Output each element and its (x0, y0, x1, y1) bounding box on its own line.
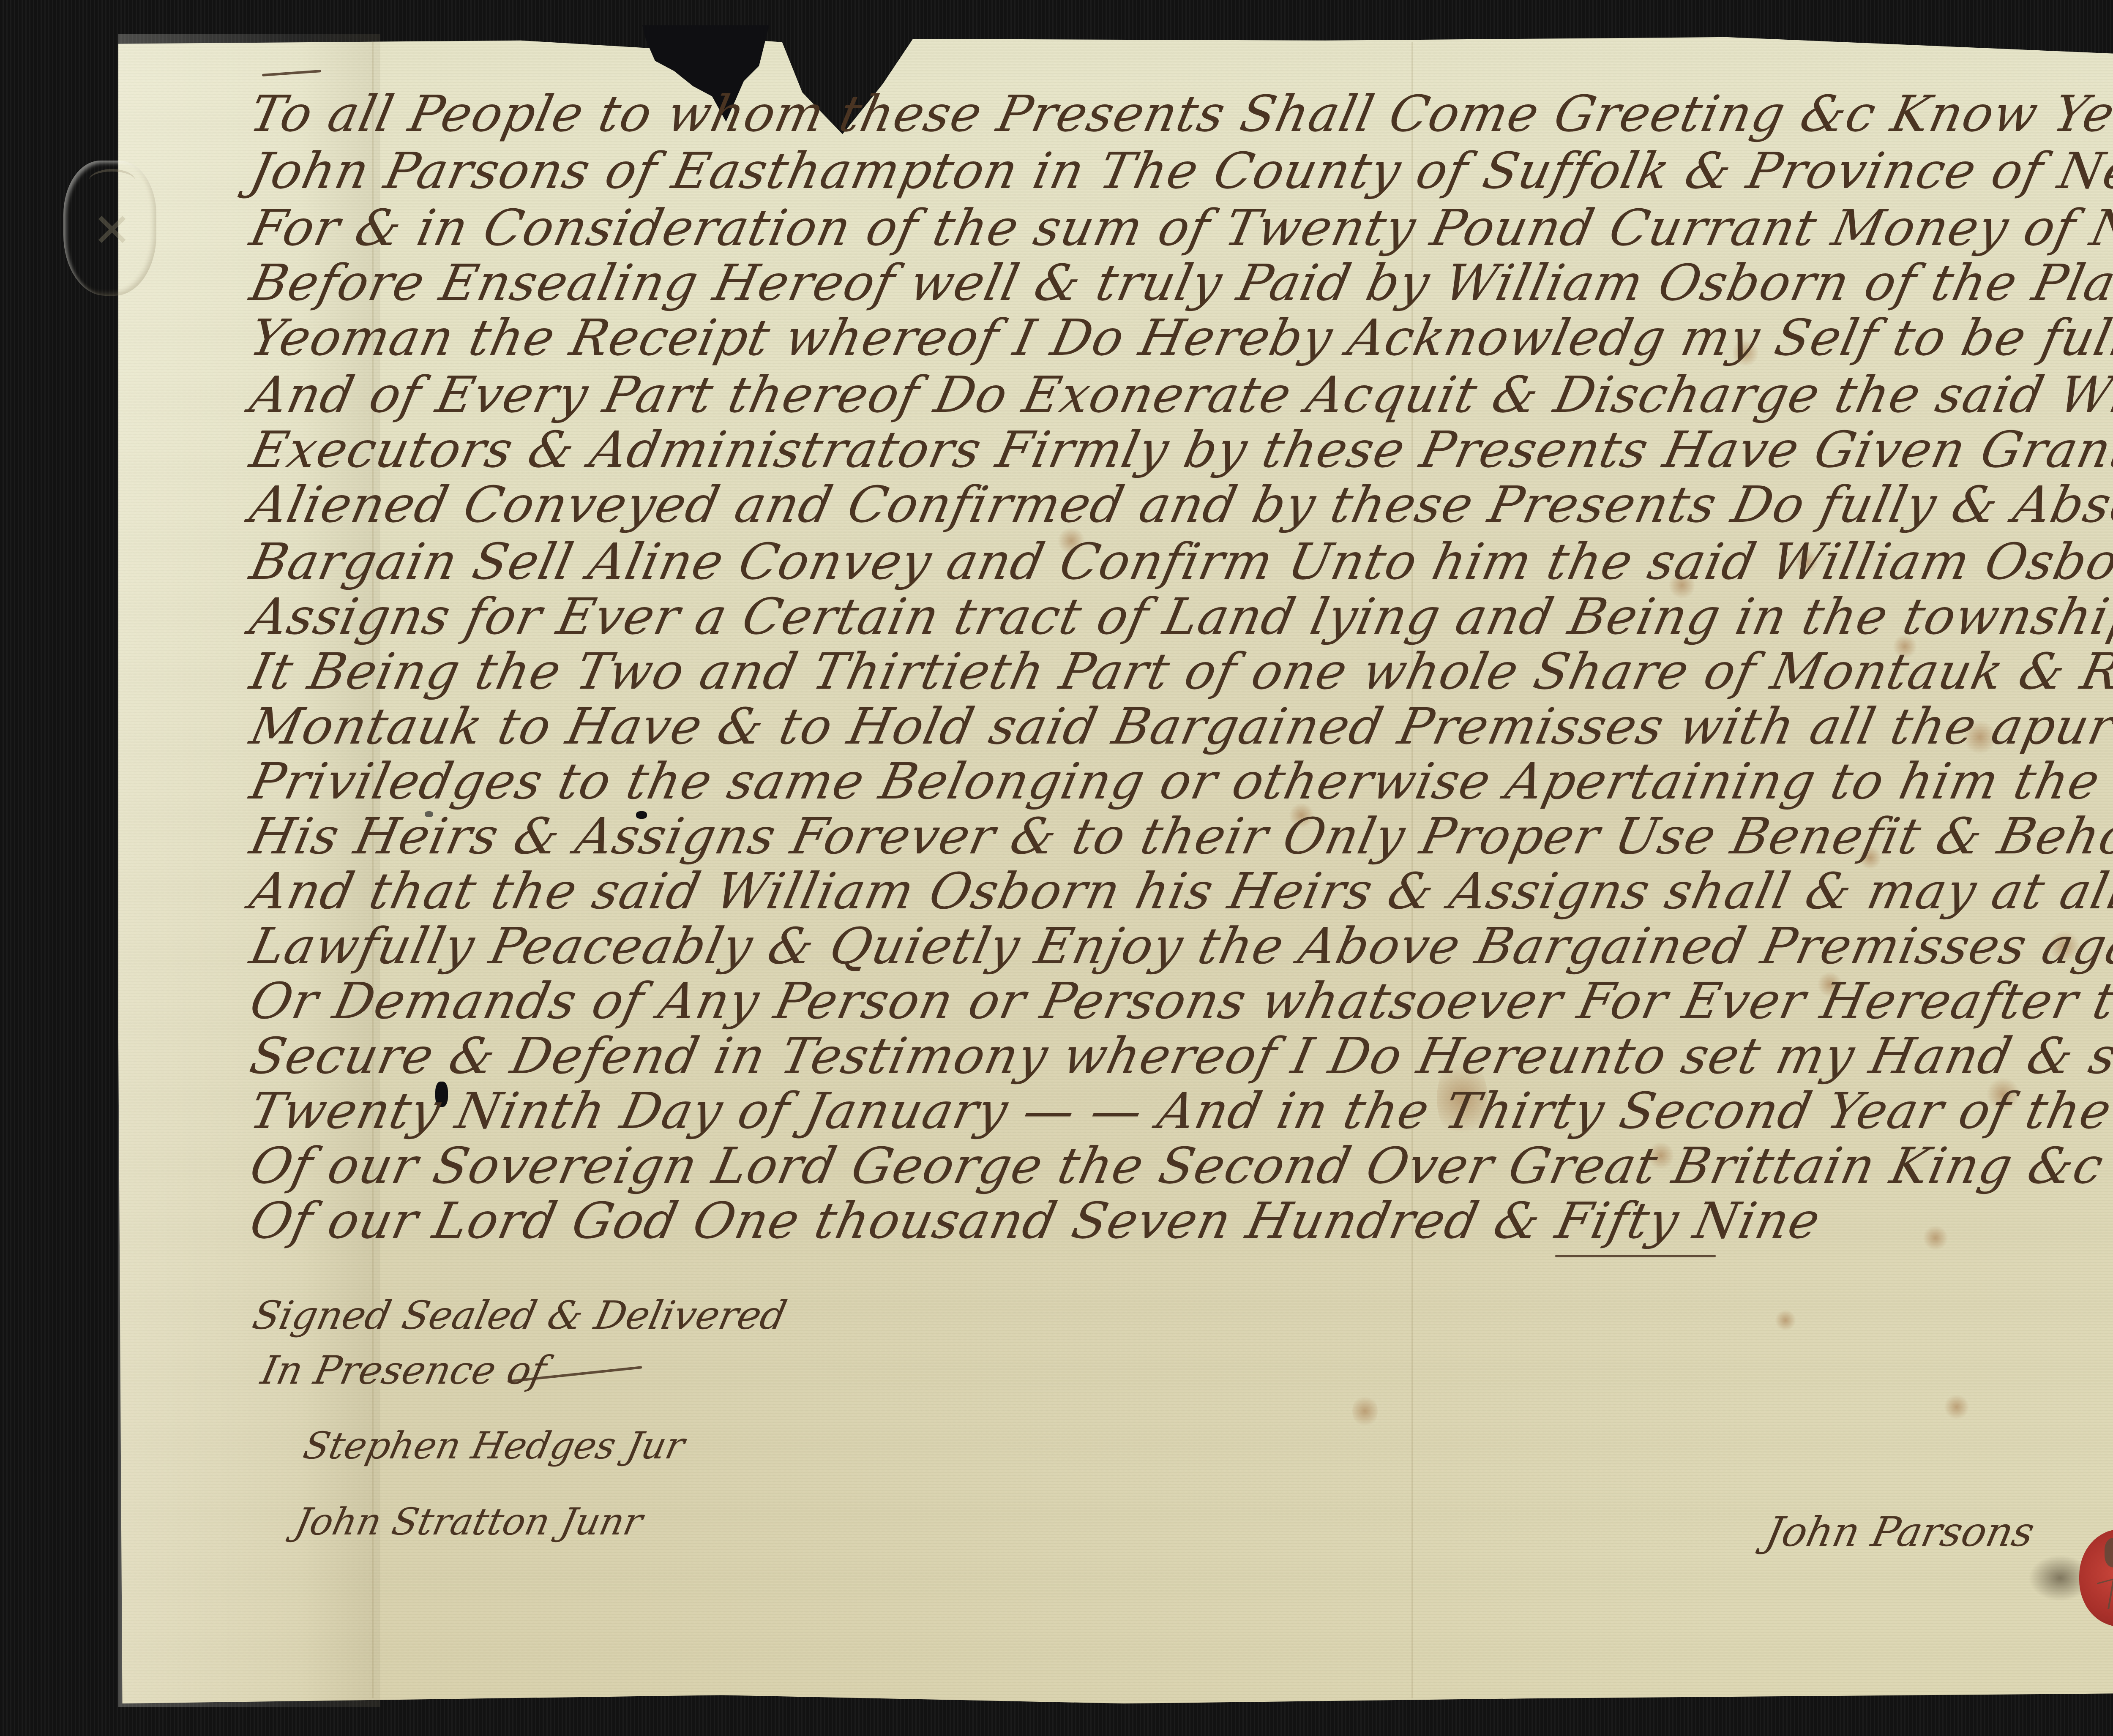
saltire-cross-icon: ✕ (89, 207, 135, 253)
deed-line-4: Before Ensealing Hereof well & truly Pai… (245, 253, 2113, 312)
deed-line-6: And of Every Part thereof Do Exonerate A… (245, 365, 2113, 424)
embossed-crown-stamp: ✕ (63, 161, 156, 296)
deed-line-8: Aliened Conveyed and Confirmed and by th… (245, 475, 2113, 534)
deed-line-11: It Being the Two and Thirtieth Part of o… (245, 642, 2113, 700)
crown-icon (89, 169, 135, 193)
in-presence-of-label: In Presence of (257, 1348, 550, 1393)
deed-line-5: Yeoman the Receipt whereof I Do Hereby A… (245, 308, 2113, 367)
deed-line-19: Twenty Ninth Day of January — — And in t… (245, 1082, 2113, 1140)
deed-line-9: Bargain Sell Aline Convey and Confirm Un… (245, 532, 2113, 591)
closing-flourish (1555, 1255, 1716, 1257)
grantor-signature: John Parsons (1761, 1508, 2039, 1556)
witness-signature-2: John Stratton Junr (291, 1500, 647, 1543)
deed-line-15: And that the said William Osborn his Hei… (245, 862, 2113, 920)
deed-line-2: John Parsons of Easthampton in The Count… (245, 142, 2113, 200)
deed-line-10: Assigns for Ever a Certain tract of Land… (245, 587, 2113, 646)
witness-signature-1: Stephen Hedges Jur (300, 1424, 688, 1467)
deed-line-12: Montauk to Have & to Hold said Bargained… (245, 697, 2113, 755)
deed-line-13: Priviledges to the same Belonging or oth… (245, 752, 2113, 810)
deed-line-20: Of our Sovereign Lord George the Second … (245, 1136, 2113, 1195)
deed-line-7: Executors & Administrators Firmly by the… (245, 420, 2113, 479)
deed-line-21: Of our Lord God One thousand Seven Hundr… (245, 1191, 1826, 1250)
signed-sealed-delivered-label: Signed Sealed & Delivered (249, 1293, 791, 1338)
deed-line-16: Lawfully Peaceably & Quietly Enjoy the A… (245, 917, 2113, 975)
deed-line-1: To all People to whom these Presents Sha… (245, 84, 2113, 143)
deed-line-18: Secure & Defend in Testimony whereof I D… (245, 1027, 2113, 1085)
deed-line-3: For & in Consideration of the sum of Twe… (245, 199, 2113, 257)
deed-line-17: Or Demands of Any Person or Persons what… (245, 972, 2113, 1030)
deed-line-14: His Heirs & Assigns Forever & to their O… (245, 807, 2113, 865)
